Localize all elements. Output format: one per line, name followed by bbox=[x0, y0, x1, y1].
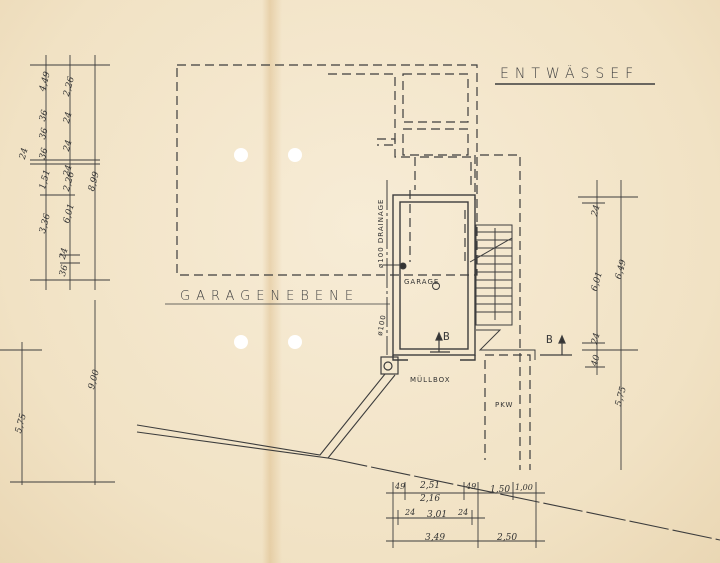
garage-label: GARAGE bbox=[404, 278, 439, 286]
dim-bottom: 2,16 bbox=[420, 494, 440, 504]
dim-bottom-3: 3,49 bbox=[425, 533, 445, 543]
section-b-left: B bbox=[443, 330, 450, 343]
muellbox-label: MÜLLBOX bbox=[410, 376, 451, 384]
dim-bottom: 1,00 bbox=[515, 483, 533, 492]
punch-hole bbox=[288, 335, 302, 349]
dim-bottom-3: 2,50 bbox=[497, 533, 517, 543]
dim-bottom-2: 24 bbox=[405, 508, 415, 517]
dim-bottom-2: 3,01 bbox=[427, 510, 447, 520]
dim-bottom: 49 bbox=[395, 482, 405, 491]
drawing-sheet: ENTWÄSSEF GARAGENEBENE GARAGE MÜLLBOX PK… bbox=[0, 0, 720, 563]
staircase bbox=[470, 225, 535, 360]
level-title: GARAGENEBENE bbox=[180, 289, 359, 304]
drain-pipe bbox=[383, 180, 440, 355]
drain-pipe-label: ø100 DRAINAGE bbox=[377, 199, 385, 268]
punch-hole bbox=[288, 148, 302, 162]
drawing-title: ENTWÄSSEF bbox=[500, 66, 639, 82]
dim-bottom-2: 24 bbox=[458, 508, 468, 517]
right-dimension-lines bbox=[578, 180, 638, 470]
punch-hole bbox=[234, 148, 248, 162]
section-b-right: B bbox=[546, 333, 553, 346]
pkw-label: PKW bbox=[495, 401, 513, 409]
dim-bottom: 49 bbox=[466, 482, 476, 491]
dim-bottom: 2,51 bbox=[420, 481, 440, 491]
floor-plan-drawing bbox=[0, 0, 720, 563]
punch-hole bbox=[234, 335, 248, 349]
dim-bottom: 1,50 bbox=[490, 485, 510, 495]
upper-floor-outline bbox=[177, 65, 530, 470]
